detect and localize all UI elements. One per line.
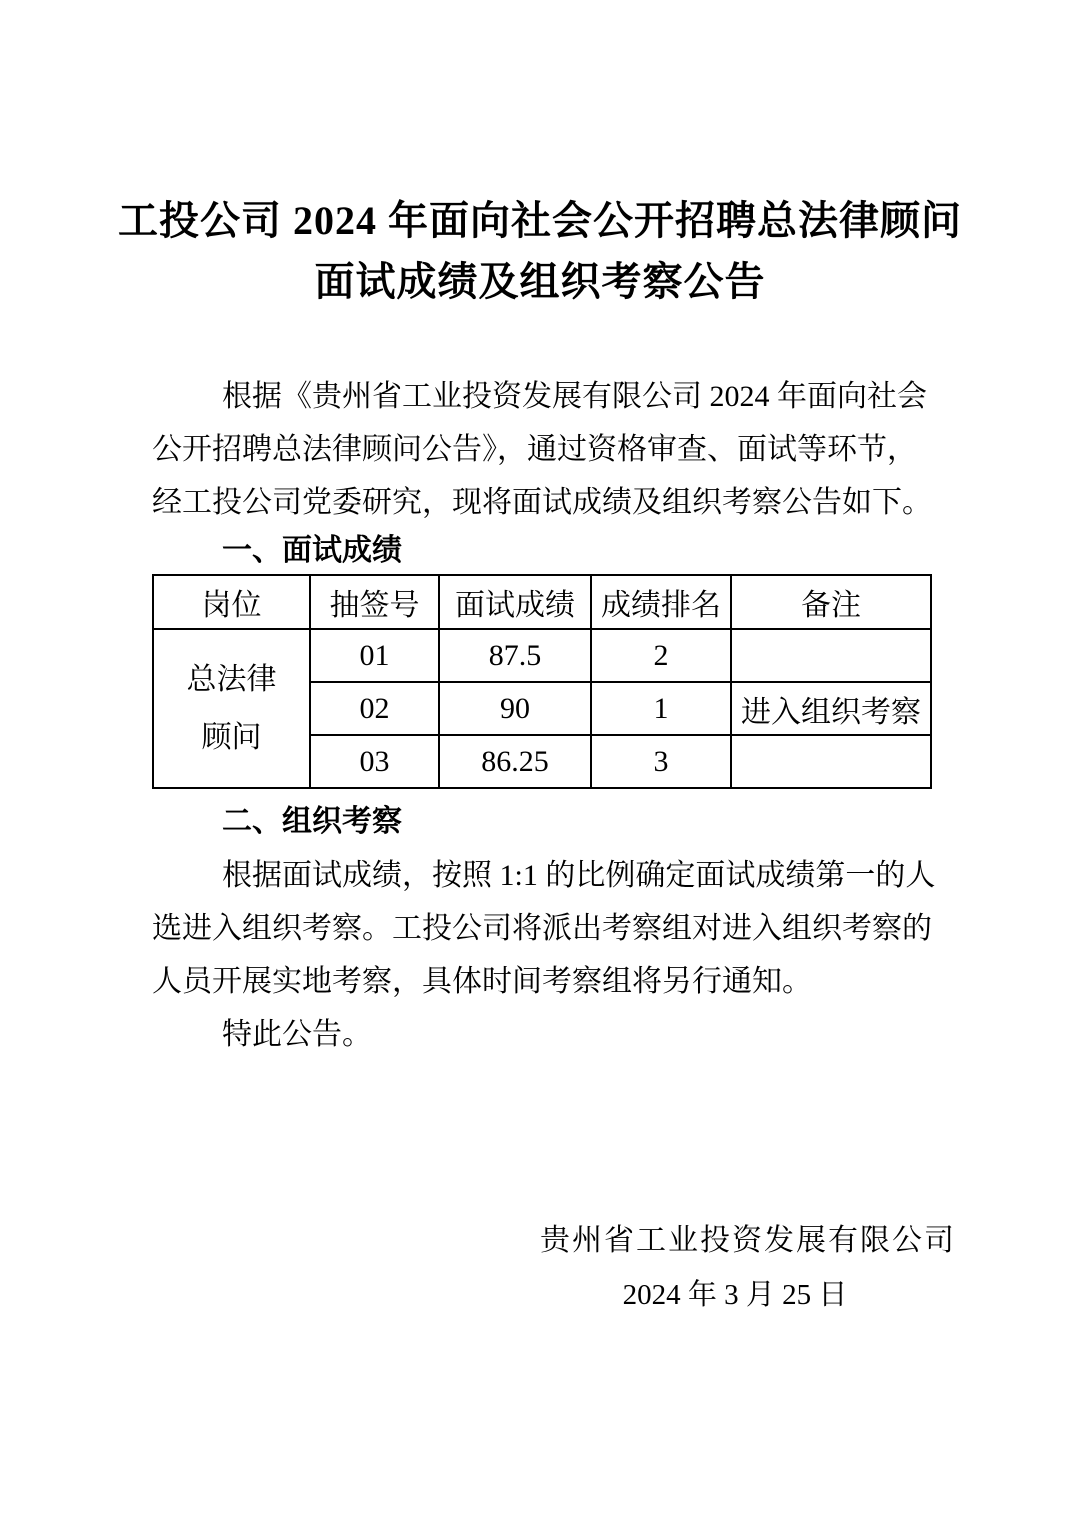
table-row: 总法律 顾问 01 87.5 2 [153, 629, 931, 682]
col-header-interview-score: 面试成绩 [439, 575, 591, 629]
signature-company: 贵州省工业投资发展有限公司 [540, 1214, 930, 1268]
cell-score-rank: 1 [591, 682, 731, 735]
section-heading-organizational-inspection: 二、组织考察 [152, 802, 930, 842]
intro-line: 根据《贵州省工业投资发展有限公司 2024 年面向社会 [152, 370, 930, 423]
cell-interview-score: 90 [439, 682, 591, 735]
section-heading-interview-scores: 一、面试成绩 [152, 531, 930, 571]
col-header-score-rank: 成绩排名 [591, 575, 731, 629]
document-body: 根据《贵州省工业投资发展有限公司 2024 年面向社会 公开招聘总法律顾问公告》… [152, 370, 930, 1061]
signature-block: 贵州省工业投资发展有限公司 2024 年 3 月 25 日 [540, 1214, 930, 1322]
intro-line: 公开招聘总法律顾问公告》，通过资格审查、面试等环节， [152, 423, 930, 476]
cell-interview-score: 87.5 [439, 629, 591, 682]
signature-date: 2024 年 3 月 25 日 [540, 1268, 930, 1322]
cell-interview-score: 86.25 [439, 735, 591, 788]
document-title-line1: 工投公司 2024 年面向社会公开招聘总法律顾问 [0, 190, 1080, 251]
cell-score-rank: 3 [591, 735, 731, 788]
closing-line: 特此公告。 [152, 1008, 930, 1061]
table-header-row: 岗位 抽签号 面试成绩 成绩排名 备注 [153, 575, 931, 629]
col-header-position: 岗位 [153, 575, 310, 629]
inspection-paragraph: 根据面试成绩，按照 1:1 的比例确定面试成绩第一的人 选进入组织考察。工投公司… [152, 849, 930, 1061]
cell-score-rank: 2 [591, 629, 731, 682]
document-title-line2: 面试成绩及组织考察公告 [0, 251, 1080, 312]
interview-score-table: 岗位 抽签号 面试成绩 成绩排名 备注 总法律 顾问 01 87.5 2 [152, 574, 932, 789]
intro-paragraph: 根据《贵州省工业投资发展有限公司 2024 年面向社会 公开招聘总法律顾问公告》… [152, 370, 930, 529]
cell-draw-number: 01 [310, 629, 439, 682]
inspection-line: 人员开展实地考察，具体时间考察组将另行通知。 [152, 955, 930, 1008]
col-header-remark: 备注 [731, 575, 931, 629]
cell-position-line1: 总法律 [154, 651, 309, 709]
cell-remark [731, 735, 931, 788]
intro-line: 经工投公司党委研究，现将面试成绩及组织考察公告如下。 [152, 476, 930, 529]
cell-remark: 进入组织考察 [731, 682, 931, 735]
col-header-draw-number: 抽签号 [310, 575, 439, 629]
cell-draw-number: 02 [310, 682, 439, 735]
document-title: 工投公司 2024 年面向社会公开招聘总法律顾问 面试成绩及组织考察公告 [0, 0, 1080, 312]
cell-position: 总法律 顾问 [153, 629, 310, 788]
cell-draw-number: 03 [310, 735, 439, 788]
inspection-line: 选进入组织考察。工投公司将派出考察组对进入组织考察的 [152, 902, 930, 955]
announcement-page: 工投公司 2024 年面向社会公开招聘总法律顾问 面试成绩及组织考察公告 根据《… [0, 0, 1080, 1527]
cell-position-line2: 顾问 [154, 709, 309, 767]
inspection-line: 根据面试成绩，按照 1:1 的比例确定面试成绩第一的人 [152, 849, 930, 902]
cell-remark [731, 629, 931, 682]
